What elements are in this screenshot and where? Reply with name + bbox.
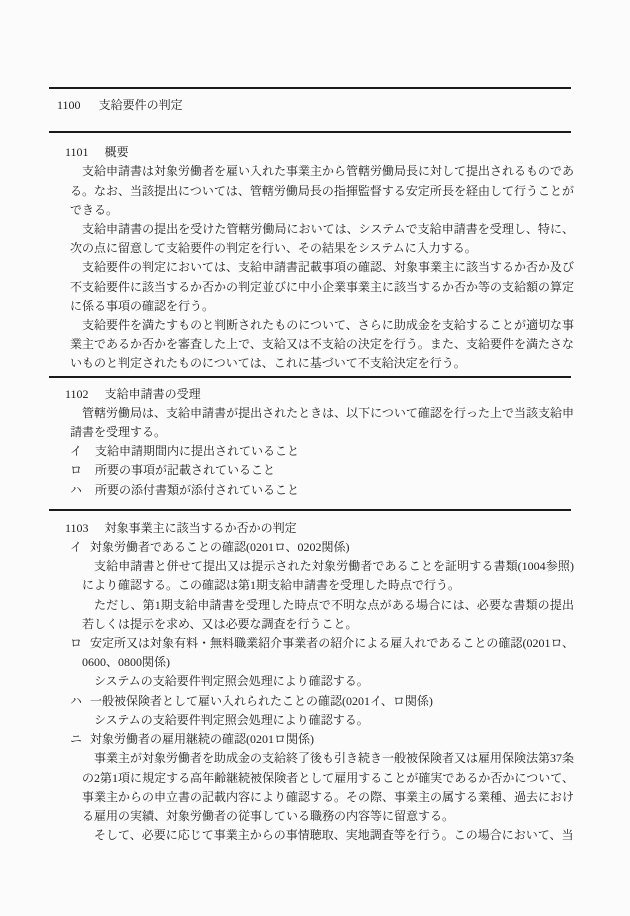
section-overview: 1101概要 支給申請書は対象労働者を雇い入れた事業主から管轄労働局長に対して提… xyxy=(0,133,630,373)
paragraph: 支給申請書の提出を受けた管轄労働局においては、システムで支給申請書を受理し、特に… xyxy=(70,220,574,258)
item-text: 支給申請期間内に提出されていること xyxy=(95,442,299,461)
section-eligible-employer-determination: 1103対象事業主に該当するか否かの判定 イ 対象労働者であることの確認(020… xyxy=(0,511,630,845)
chapter-heading: 1100支給要件の判定 xyxy=(0,96,630,115)
list-item: ハ 所要の添付書類が添付されていること xyxy=(70,481,630,500)
paragraph: 管轄労働局は、支給申請書が提出されたときは、以下について確認を行った上で当該支給… xyxy=(70,404,574,442)
item-label: ハ xyxy=(70,481,95,500)
list-item: ロ 安定所又は対象有料・無料職業紹介事業者の紹介による雇入れであることの確認(0… xyxy=(70,634,630,692)
list-item: ニ 対象労働者の雇用継続の確認(0201ロ関係) 事業主が対象労働者を助成金の支… xyxy=(70,730,630,845)
item-heading: 安定所又は対象有料・無料職業紹介事業者の紹介による雇入れであることの確認(020… xyxy=(82,634,574,672)
item-text: 所要の事項が記載されていること xyxy=(95,461,275,480)
item-body: 対象労働者の雇用継続の確認(0201ロ関係) 事業主が対象労働者を助成金の支給終… xyxy=(90,730,574,845)
section-heading: 1101概要 xyxy=(0,143,630,162)
section-heading: 1102支給申請書の受理 xyxy=(0,385,630,404)
item-heading: 対象労働者の雇用継続の確認(0201ロ関係) xyxy=(82,730,574,749)
chapter-title: 支給要件の判定 xyxy=(99,98,183,112)
list-item: ハ 一般被保険者として雇い入れられたことの確認(0201イ、ロ関係) システムの… xyxy=(70,692,630,730)
item-body: 安定所又は対象有料・無料職業紹介事業者の紹介による雇入れであることの確認(020… xyxy=(90,634,574,692)
section-title: 対象事業主に該当するか否かの判定 xyxy=(105,521,297,535)
item-body: 対象労働者であることの確認(0201ロ、0202関係) 支給申請書と併せて提出又… xyxy=(90,538,574,634)
section-title: 概要 xyxy=(105,145,129,159)
item-paragraph: 支給申請書と併せて提出又は提示された対象労働者であることを証明する書類(1004… xyxy=(82,557,574,595)
section-number: 1101 xyxy=(65,145,89,159)
chapter-number: 1100 xyxy=(57,98,81,112)
item-heading: 一般被保険者として雇い入れられたことの確認(0201イ、ロ関係) xyxy=(82,692,574,711)
section-heading: 1103対象事業主に該当するか否かの判定 xyxy=(0,519,630,538)
section-application-receipt: 1102支給申請書の受理 管轄労働局は、支給申請書が提出されたときは、以下につい… xyxy=(0,378,630,500)
list-item: ロ 所要の事項が記載されていること xyxy=(70,461,630,480)
section-title: 支給申請書の受理 xyxy=(105,387,201,401)
item-paragraph: システムの支給要件判定照会処理により確認する。 xyxy=(82,672,574,691)
document-page: 1100支給要件の判定 1101概要 支給申請書は対象労働者を雇い入れた事業主か… xyxy=(0,0,630,916)
horizontal-rule xyxy=(49,87,571,89)
paragraph: 支給要件を満たすものと判断されたものについて、さらに助成金を支給することが適切な… xyxy=(70,316,574,374)
item-text: 所要の添付書類が添付されていること xyxy=(95,481,299,500)
paragraph: 支給申請書は対象労働者を雇い入れた事業主から管轄労働局長に対して提出されるもので… xyxy=(70,162,574,220)
section-number: 1103 xyxy=(65,521,89,535)
item-label: イ xyxy=(70,442,95,461)
item-paragraph: システムの支給要件判定照会処理により確認する。 xyxy=(82,711,574,730)
paragraph: 支給要件の判定においては、支給申請書記載事項の確認、対象事業主に該当するか否か及… xyxy=(70,258,574,316)
item-paragraph: そして、必要に応じて事業主からの事情聴取、実地調査等を行う。この場合において、当 xyxy=(82,826,574,845)
item-label: ロ xyxy=(70,461,95,480)
item-body: 一般被保険者として雇い入れられたことの確認(0201イ、ロ関係) システムの支給… xyxy=(90,692,574,730)
list-item: イ 対象労働者であることの確認(0201ロ、0202関係) 支給申請書と併せて提… xyxy=(70,538,630,634)
item-heading: 対象労働者であることの確認(0201ロ、0202関係) xyxy=(82,538,574,557)
item-paragraph: ただし、第1期支給申請書を受理した時点で不明な点がある場合には、必要な書類の提出… xyxy=(82,596,574,634)
section-number: 1102 xyxy=(65,387,89,401)
item-paragraph: 事業主が対象労働者を助成金の支給終了後も引き続き一般被保険者又は雇用保険法第37… xyxy=(82,749,574,826)
list-item: イ 支給申請期間内に提出されていること xyxy=(70,442,630,461)
